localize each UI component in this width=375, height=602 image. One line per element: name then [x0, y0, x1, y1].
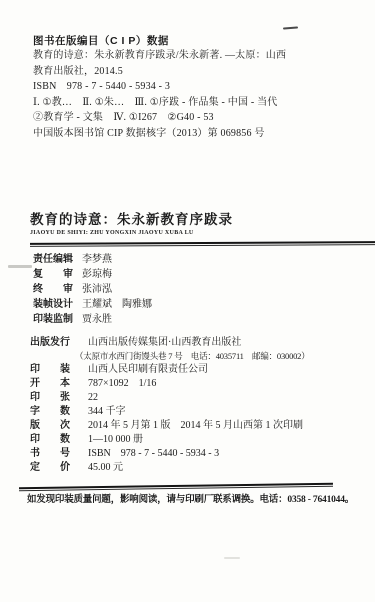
cip-isbn: ISBN 978 - 7 - 5440 - 5934 - 3: [33, 81, 170, 92]
cip-description-line1: 教育的诗意：朱永新教育序跋录/朱永新著. —太原：山西: [33, 50, 286, 61]
publishing-label: 书 号: [30, 447, 72, 461]
credit-row-final-review: 终 审张沛泓: [33, 282, 355, 297]
credit-value: 张沛泓: [82, 284, 112, 295]
credits-section: 责任编辑李梦燕 复 审彭琼梅 终 审张沛泓 装帧设计王耀斌 陶雅娜 印装监制贾永…: [33, 252, 355, 327]
publishing-label: 版 次: [30, 419, 72, 433]
scan-artifact: [8, 265, 32, 268]
credit-label: 责任编辑: [33, 252, 75, 267]
cip-description: 教育的诗意：朱永新教育序跋录/朱永新著. —太原：山西 教育出版社，2014.5…: [33, 48, 355, 95]
title-section: 教育的诗意：朱永新教育序跋录 JIAOYU DE SHIYI: ZHU YONG…: [33, 211, 355, 246]
publishing-row-word-count: 字 数344 千字: [30, 405, 355, 419]
publishing-value: 1—10 000 册: [88, 434, 143, 445]
credit-label: 复 审: [33, 267, 75, 282]
credit-row-second-review: 复 审彭琼梅: [33, 267, 355, 282]
publishing-row-edition: 版 次2014 年 5 月第 1 版 2014 年 5 月山西第 1 次印刷: [30, 419, 355, 433]
publishing-label: 印 张: [30, 391, 72, 405]
publishing-row-publisher: 出版发行山西出版传媒集团·山西教育出版社: [30, 336, 355, 350]
footer-divider-rule: [19, 483, 333, 491]
publishing-label: 印 数: [30, 433, 72, 447]
publishing-value: 山西出版传媒集团·山西教育出版社: [88, 337, 241, 348]
publishing-row-print-run: 印 数1—10 000 册: [30, 433, 355, 447]
cip-classification-line1: Ⅰ. ①教… Ⅱ. ①朱… Ⅲ. ①序跋 - 作品集 - 中国 - 当代: [33, 97, 277, 108]
book-copyright-page: 图书在版编目（C I P）数据 教育的诗意：朱永新教育序跋录/朱永新著. —太原…: [0, 0, 375, 602]
credit-row-design: 装帧设计王耀斌 陶雅娜: [33, 297, 355, 312]
publishing-label: 定 价: [30, 461, 72, 475]
publisher-address-note: （太原市水西门街馒头巷 7 号 电话：4035711 邮编：030002）: [75, 350, 355, 363]
publishing-label: 开 本: [30, 377, 72, 391]
publishing-value: 山西人民印刷有限责任公司: [88, 364, 208, 375]
printing-quality-note: 如发现印装质量问题，影响阅读，请与印刷厂联系调换。电话：0358 - 76410…: [27, 494, 355, 507]
publishing-value: ISBN 978 - 7 - 5440 - 5934 - 3: [88, 448, 219, 459]
credit-value: 李梦燕: [82, 254, 112, 265]
publishing-label: 字 数: [30, 405, 72, 419]
publishing-row-format: 开 本787×1092 1/16: [30, 377, 355, 391]
credit-value: 王耀斌 陶雅娜: [82, 299, 152, 310]
publishing-value: 344 千字: [88, 406, 126, 417]
credit-value: 彭琼梅: [82, 269, 112, 280]
cip-heading: 图书在版编目（C I P）数据: [33, 34, 355, 48]
publishing-label: 印 装: [30, 363, 72, 377]
scan-artifact: [283, 26, 298, 29]
cip-record-number: 中国版本图书馆 CIP 数据核字（2013）第 069856 号: [33, 126, 355, 142]
publishing-row-price: 定 价45.00 元: [30, 461, 355, 475]
publishing-value: 2014 年 5 月第 1 版 2014 年 5 月山西第 1 次印刷: [88, 420, 303, 431]
credit-label: 终 审: [33, 282, 75, 297]
scan-artifact: [224, 557, 240, 559]
publishing-row-printer: 印 装山西人民印刷有限责任公司: [30, 363, 355, 377]
publishing-value: 22: [88, 392, 98, 403]
publishing-section: 出版发行山西出版传媒集团·山西教育出版社 （太原市水西门街馒头巷 7 号 电话：…: [30, 336, 355, 475]
credit-label: 印装监制: [33, 312, 75, 327]
credit-value: 贾永胜: [82, 314, 112, 325]
cip-section: 图书在版编目（C I P）数据 教育的诗意：朱永新教育序跋录/朱永新著. —太原…: [33, 34, 355, 141]
cip-classification-line2: ②教育学 - 文集 Ⅳ. ①I267 ②G40 - 53: [33, 112, 214, 123]
credit-label: 装帧设计: [33, 297, 75, 312]
credit-row-print-supervision: 印装监制贾永胜: [33, 312, 355, 327]
cip-description-line2: 教育出版社，2014.5: [33, 66, 123, 77]
publishing-row-isbn: 书 号ISBN 978 - 7 - 5440 - 5934 - 3: [30, 447, 355, 461]
book-title: 教育的诗意：朱永新教育序跋录: [30, 211, 355, 228]
credit-row-editor: 责任编辑李梦燕: [33, 252, 355, 267]
publishing-row-sheets: 印 张22: [30, 391, 355, 405]
cip-classification: Ⅰ. ①教… Ⅱ. ①朱… Ⅲ. ①序跋 - 作品集 - 中国 - 当代 ②教育…: [33, 95, 355, 126]
publishing-value: 787×1092 1/16: [88, 378, 156, 389]
title-divider-rule: [30, 241, 375, 247]
publishing-label: 出版发行: [30, 336, 72, 350]
publishing-value: 45.00 元: [88, 462, 123, 473]
book-title-pinyin: JIAOYU DE SHIYI: ZHU YONGXIN JIAOYU XUBA…: [30, 229, 355, 237]
